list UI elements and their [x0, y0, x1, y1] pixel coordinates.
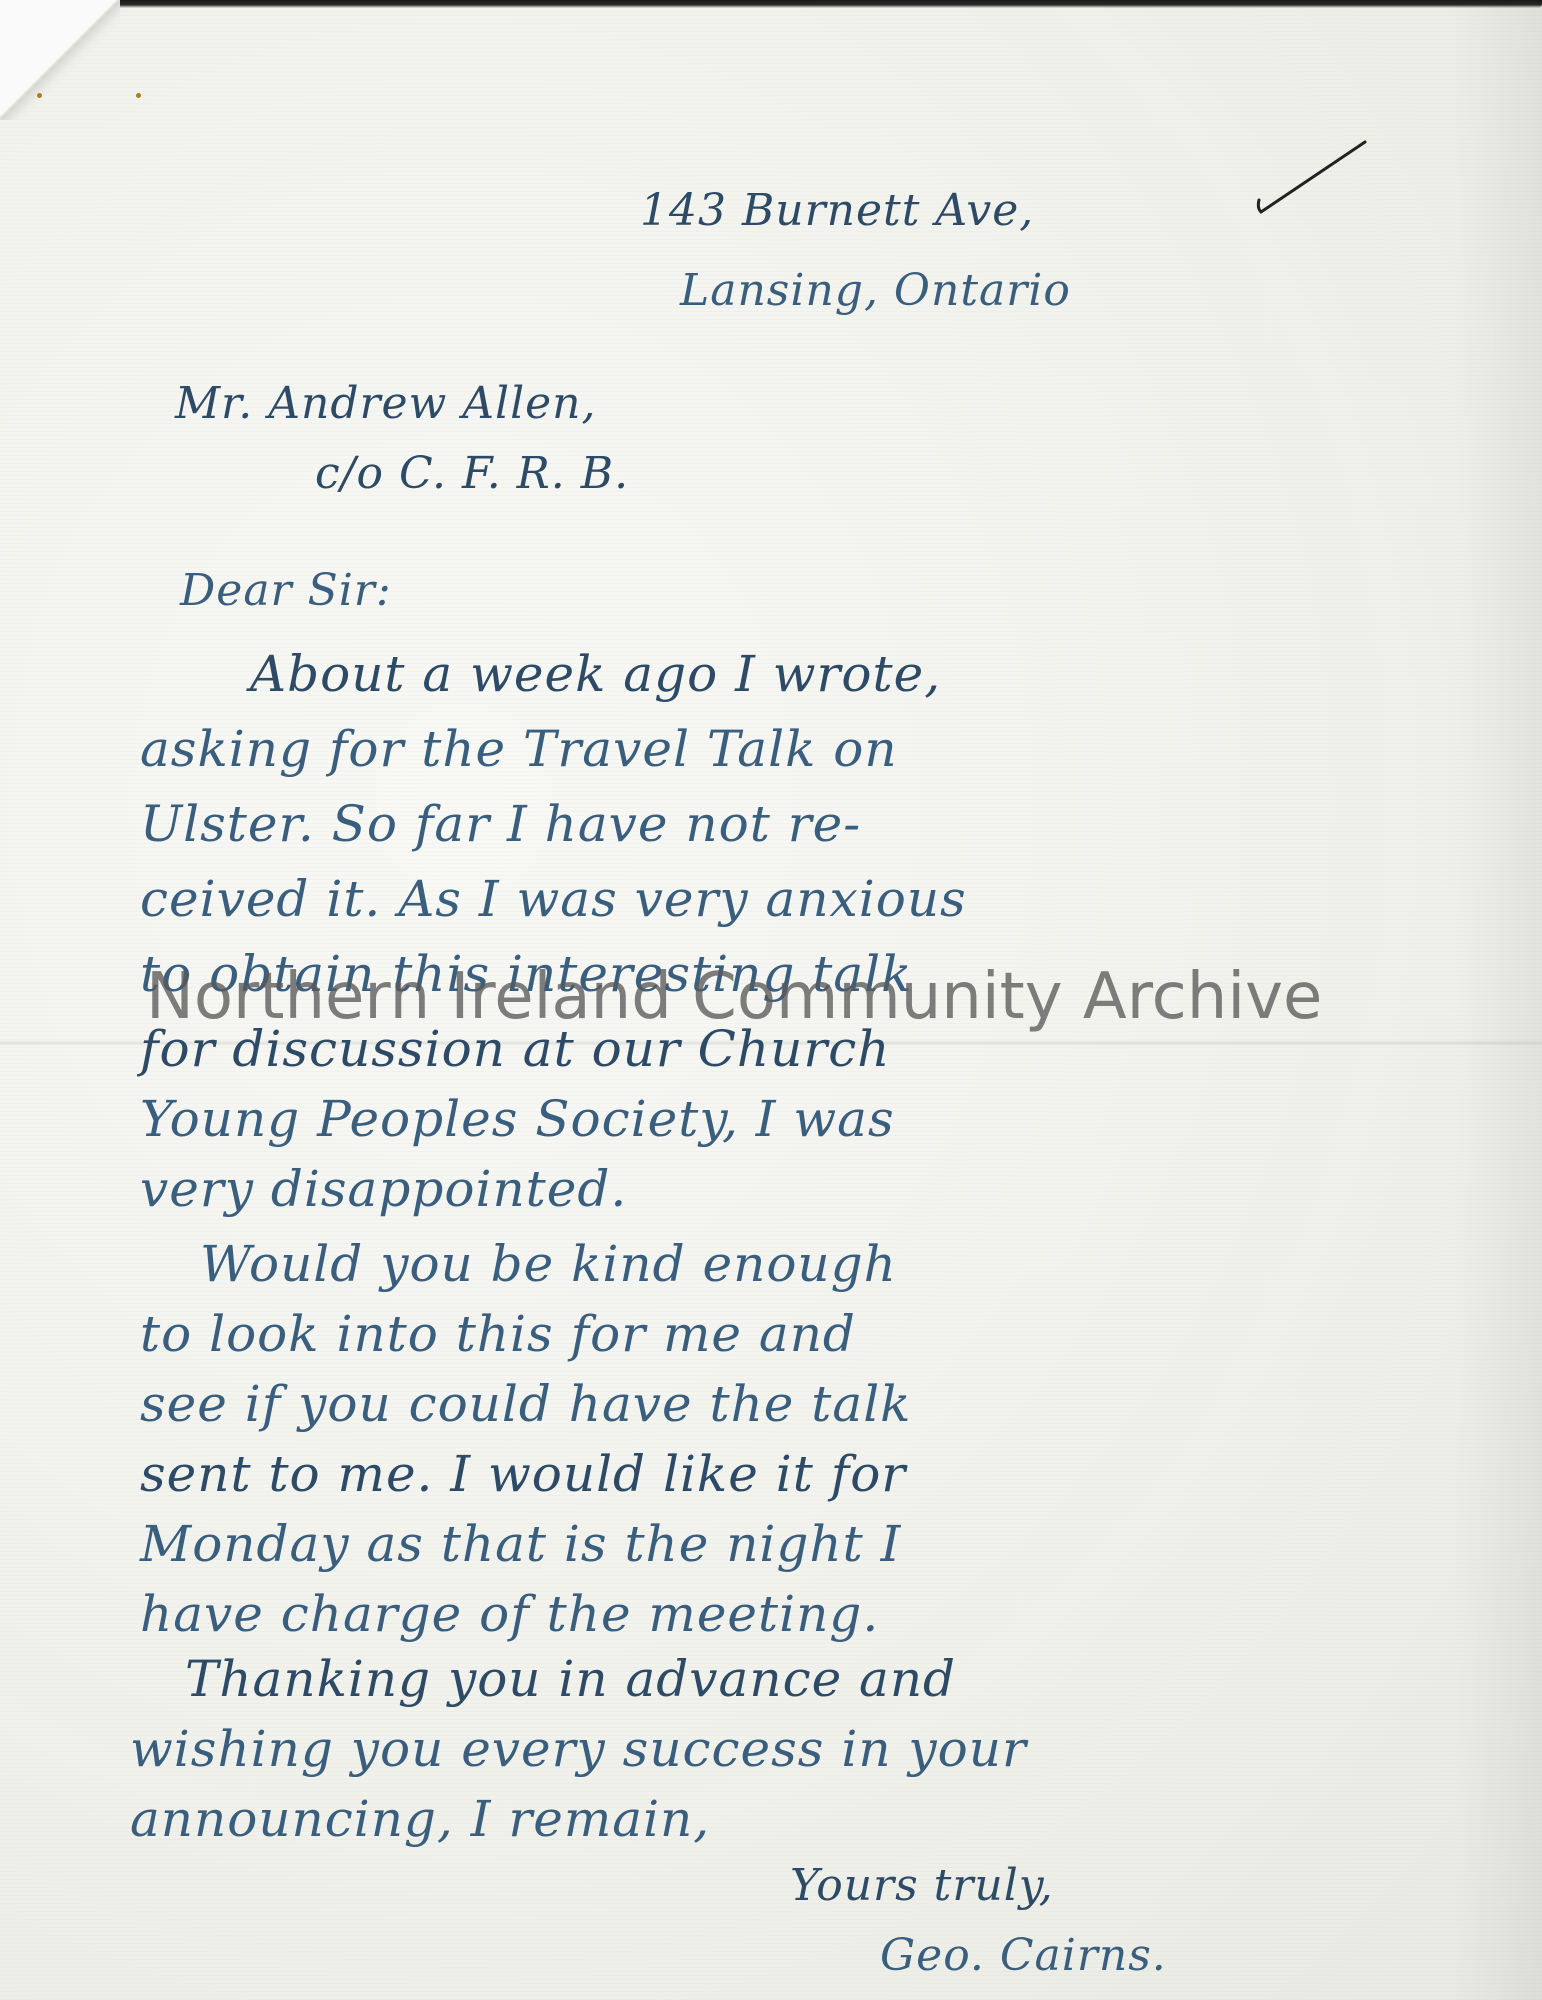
- body-line: Monday as that is the night I: [140, 1515, 901, 1573]
- recipient-care-of: c/o C. F. R. B.: [315, 448, 629, 499]
- address-line-1: 143 Burnett Ave,: [640, 185, 1034, 236]
- paper-top-edge: [30, 0, 1542, 8]
- body-line: to look into this for me and: [140, 1305, 856, 1363]
- valediction: Yours truly,: [790, 1860, 1054, 1911]
- address-line-2: Lansing, Ontario: [680, 265, 1071, 316]
- body-line: Young Peoples Society, I was: [140, 1090, 895, 1148]
- body-line: About a week ago I wrote,: [250, 645, 941, 703]
- check-mark-icon: [1255, 140, 1375, 220]
- body-line: sent to me. I would like it for: [140, 1445, 906, 1503]
- salutation: Dear Sir:: [180, 565, 392, 616]
- folded-corner: [0, 0, 120, 120]
- body-line: ceived it. As I was very anxious: [140, 870, 967, 928]
- rust-spot: [37, 93, 42, 98]
- body-line: very disappointed.: [140, 1160, 627, 1218]
- body-line: announcing, I remain,: [130, 1790, 710, 1848]
- rust-spot: [136, 93, 141, 98]
- body-line: Ulster. So far I have not re-: [140, 795, 861, 853]
- signature: Geo. Cairns.: [880, 1930, 1167, 1981]
- body-line: Would you be kind enough: [200, 1235, 897, 1293]
- paper-shadow: [1452, 0, 1542, 2000]
- archive-watermark: Northern Ireland Community Archive: [146, 960, 1322, 1034]
- body-line: see if you could have the talk: [140, 1375, 911, 1433]
- body-line: have charge of the meeting.: [140, 1585, 879, 1643]
- body-line: asking for the Travel Talk on: [140, 720, 898, 778]
- body-line: wishing you every success in your: [130, 1720, 1027, 1778]
- recipient-name: Mr. Andrew Allen,: [175, 378, 597, 429]
- body-line: Thanking you in advance and: [185, 1650, 956, 1708]
